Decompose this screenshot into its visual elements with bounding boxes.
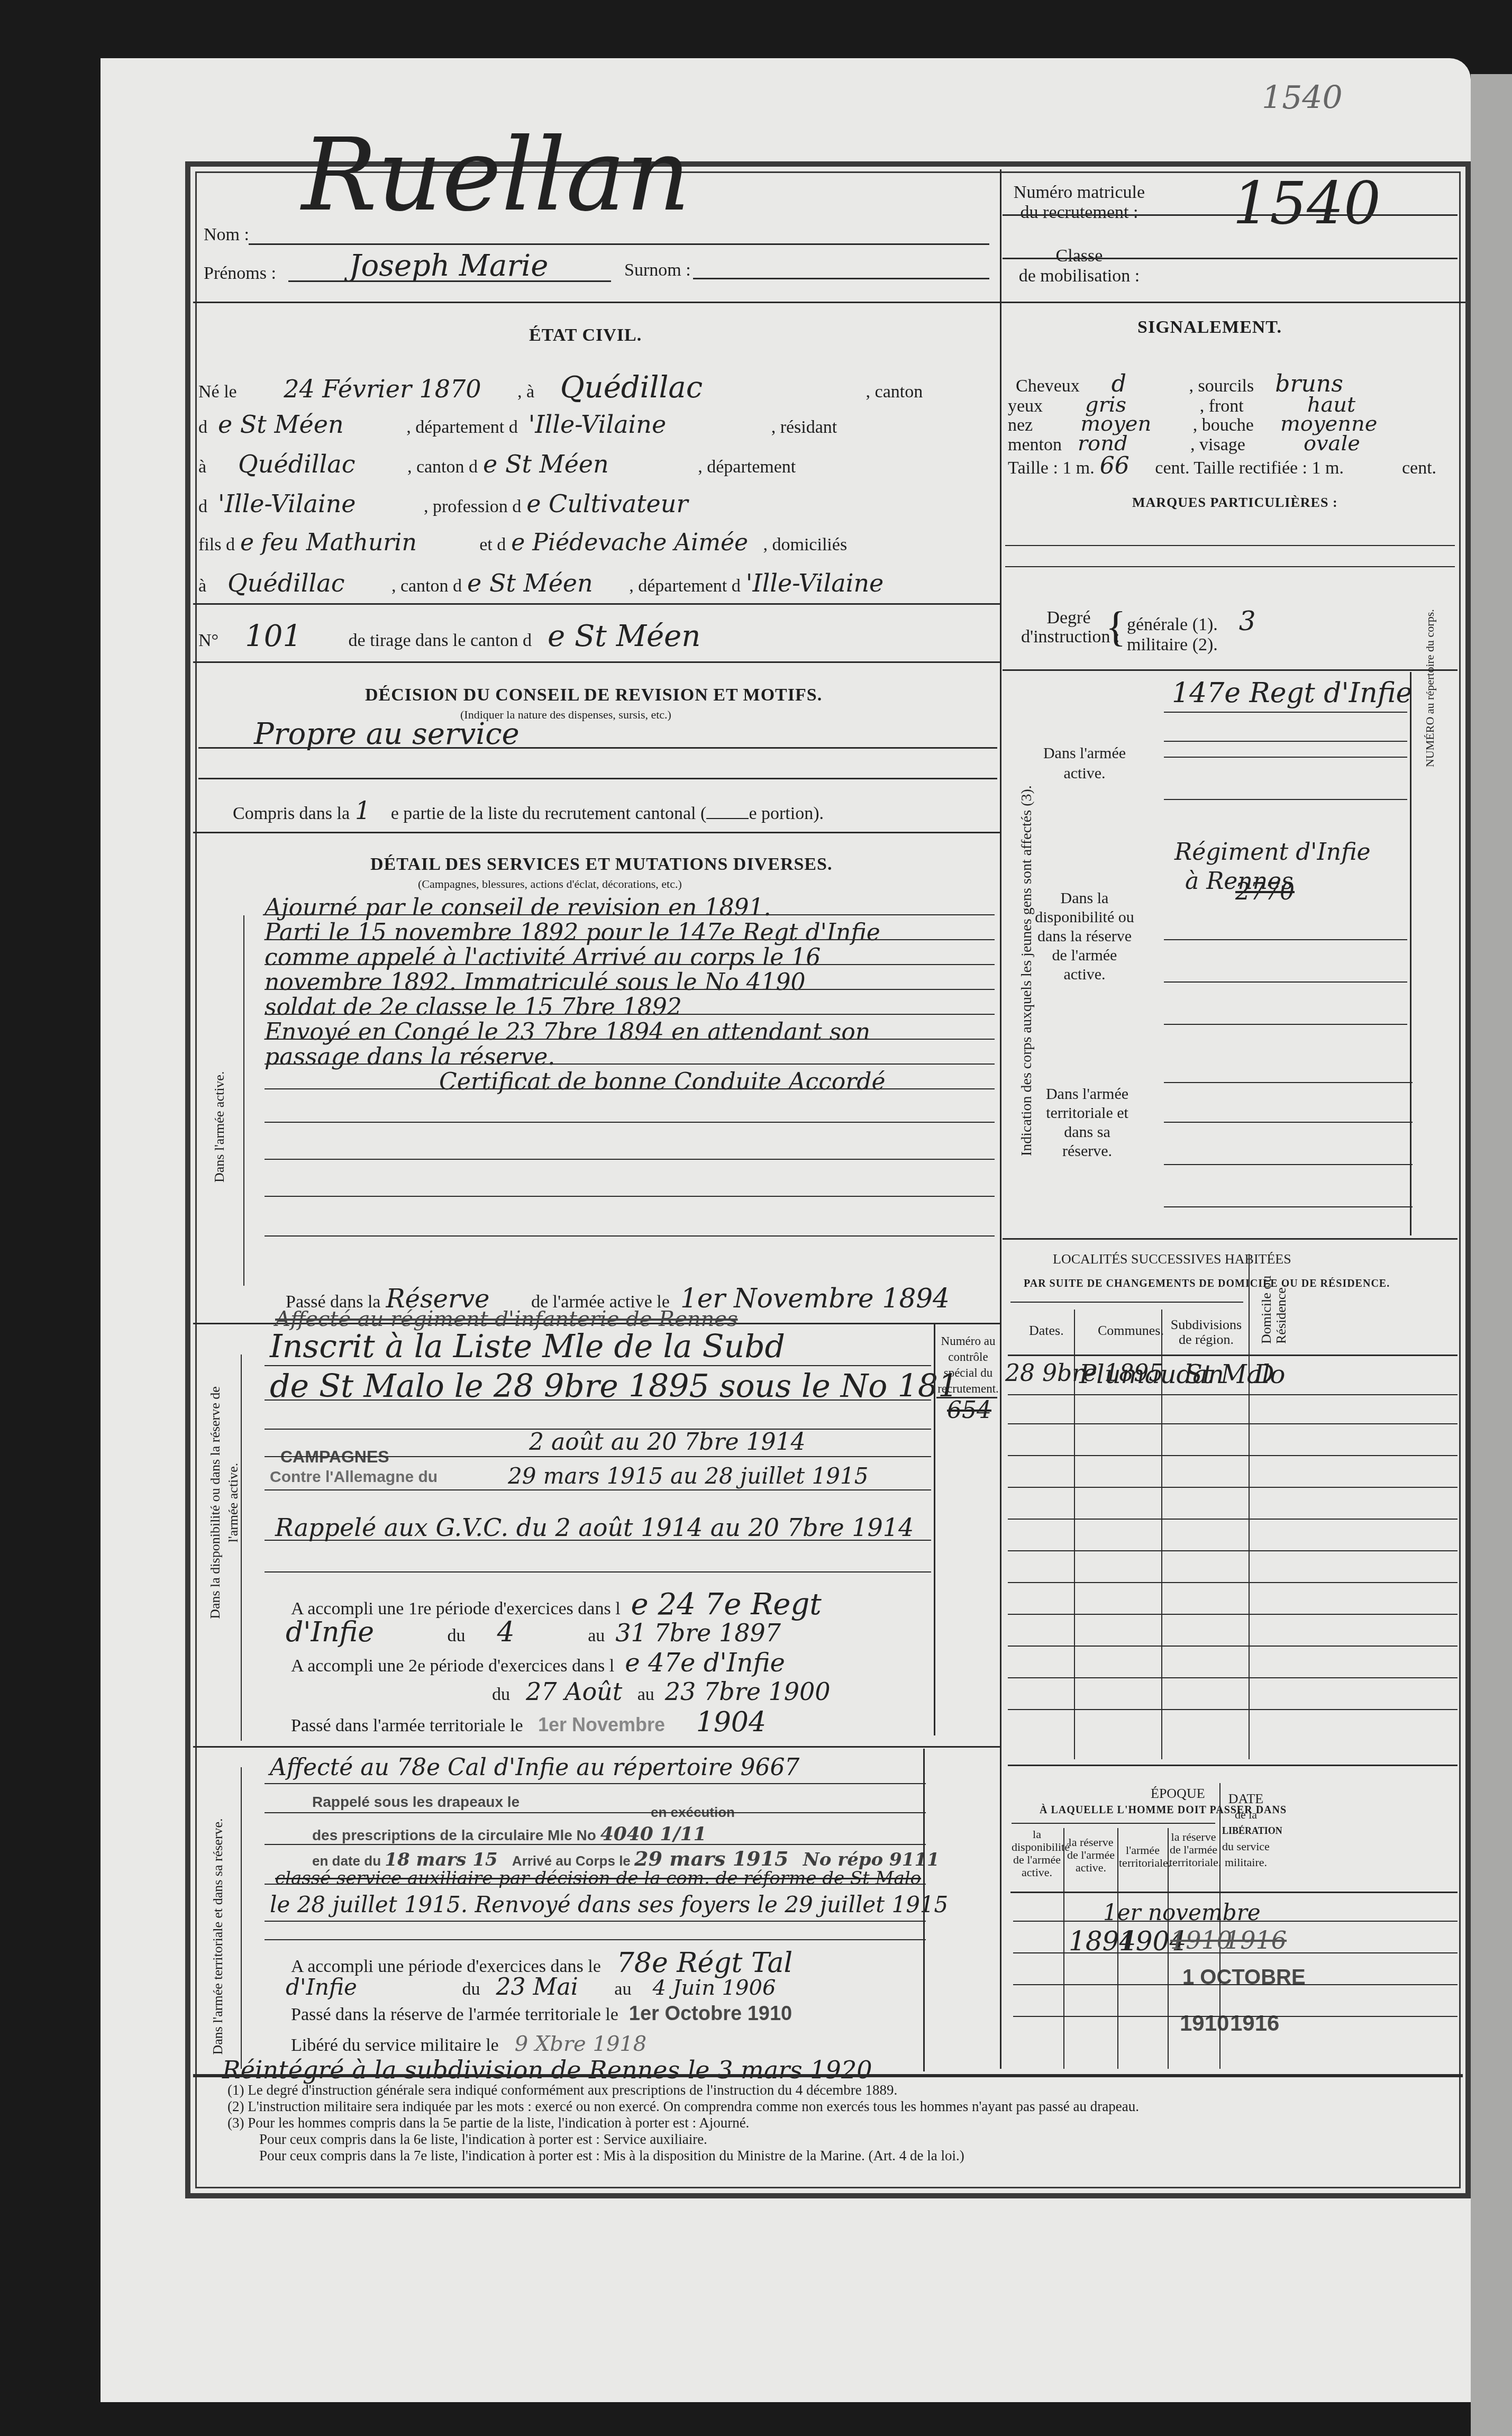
etat-civil-row-3: àQuédillac , canton de St Méen , départe… — [198, 450, 796, 478]
rule — [1012, 1823, 1215, 1824]
footnote-1: (1) Le degré d'instruction générale sera… — [227, 2082, 1139, 2098]
col-domicile: Domicile ou Résidence. — [1259, 1238, 1289, 1344]
divider — [1003, 258, 1458, 259]
corps-territoriale-label: Dans l'armée territoriale et dans sa rés… — [1040, 1085, 1135, 1161]
rule — [265, 1365, 931, 1366]
divider — [1003, 1238, 1458, 1240]
rule — [265, 1783, 926, 1784]
rule — [265, 1014, 995, 1015]
numero-repertoire-title: NUMÉRO au répertoire du corps. — [1423, 609, 1437, 767]
stamp-1916: 1916 — [1230, 2011, 1279, 2036]
etat-civil-row-2: de St Méen , département d'Ille-Vilaine … — [198, 410, 837, 439]
col-subdivisions: Subdivisions de région. — [1169, 1317, 1243, 1347]
rule — [1008, 1487, 1458, 1488]
footnote-3c: Pour ceux compris dans la 7e liste, l'in… — [227, 2148, 1139, 2164]
rule — [1010, 1302, 1243, 1303]
militaire-row: militaire (2). — [1127, 635, 1218, 655]
marques-title: MARQUES PARTICULIÈRES : — [1132, 495, 1338, 511]
divider — [193, 603, 1000, 605]
col-reserve-active: la réserve de l'armée active. — [1065, 1836, 1116, 1874]
services-subtitle: (Campagnes, blessures, actions d'éclat, … — [418, 877, 682, 891]
divider — [193, 661, 1000, 663]
rule — [1164, 1024, 1407, 1025]
corps-disponibilite-numero: 2770 — [1235, 878, 1295, 905]
rule — [265, 1122, 995, 1123]
rule — [265, 1884, 926, 1885]
corps-disponibilite-label: Dans la disponibilité ou dans la réserve… — [1034, 889, 1135, 984]
rule — [1013, 2016, 1458, 2017]
periode-territoriale-dates: d'Infie du23 Mai au4 Juin 1906 — [286, 1974, 776, 2001]
rule — [265, 1159, 995, 1160]
corner-note: 1540 — [1262, 79, 1343, 116]
rule — [1008, 1394, 1458, 1395]
rule — [265, 964, 995, 965]
reserve-side-label: Dans la disponibilité ou dans la réserve… — [206, 1370, 242, 1635]
marques-line — [1005, 566, 1455, 567]
corps-disponibilite-value-1: Régiment d'Infie — [1174, 839, 1371, 866]
rule — [1164, 939, 1407, 940]
rule — [265, 989, 995, 990]
rule — [1013, 1921, 1458, 1922]
localite-dr: D — [1254, 1360, 1274, 1389]
prenoms-label: Prénoms : — [204, 263, 276, 284]
etat-civil-title: ÉTAT CIVIL. — [529, 325, 642, 346]
rule — [1063, 1828, 1064, 2069]
rule — [265, 1844, 926, 1845]
prenoms-value: Joseph Marie — [349, 249, 548, 283]
surnom-label: Surnom : — [624, 260, 691, 280]
book-spine — [1471, 74, 1512, 2436]
affecte-78e: Affecté au 78e Cal d'Infie au répertoire… — [270, 1754, 799, 1781]
rule — [1164, 1122, 1413, 1123]
brace-line — [241, 1767, 242, 2069]
rule — [1008, 1423, 1458, 1424]
rule — [1164, 1082, 1413, 1083]
rule — [1164, 757, 1407, 758]
rappele-gvc: Rappelé aux G.V.C. du 2 août 1914 au 20 … — [275, 1513, 914, 1542]
decision-value: Propre au service — [254, 717, 520, 751]
col-liberation: DATE de la LIBÉRATION du service militai… — [1222, 1791, 1270, 1870]
rule — [1008, 1519, 1458, 1520]
rule — [1164, 799, 1407, 800]
etat-civil-row-5: fils de feu Mathurin et de Piédevache Ai… — [198, 529, 847, 556]
rule — [1164, 712, 1407, 713]
rule — [265, 914, 995, 915]
rule — [265, 1235, 995, 1237]
rule — [1008, 1677, 1458, 1678]
rule — [1164, 1164, 1413, 1165]
rule — [1008, 1455, 1458, 1456]
en-date-stamp: en date du 18 mars 15 Arrivé au Corps le… — [312, 1847, 940, 1870]
nom-underline — [249, 243, 989, 245]
localites-title: LOCALITÉS SUCCESSIVES HABITÉES — [1053, 1251, 1291, 1267]
classe-service-auxiliaire: classé service auxiliaire par décision d… — [275, 1868, 921, 1889]
nom-value: Ruellan — [302, 116, 690, 233]
rule — [265, 1196, 995, 1197]
degre-label: Degréd'instruction : — [1021, 608, 1116, 647]
periode2-dates: du27 Août au23 7bre 1900 — [492, 1677, 831, 1706]
marques-line — [1005, 545, 1455, 546]
rule — [1249, 1254, 1250, 1759]
decision-title: DÉCISION DU CONSEIL DE REVISION ET MOTIF… — [365, 685, 822, 705]
corps-vertical-title: Indication des corps auxquels les jeunes… — [1018, 785, 1035, 1156]
brace: { — [1106, 606, 1126, 648]
matricule-label: Numéro matriculedu recrutement : — [1008, 183, 1151, 223]
rule — [1010, 1892, 1458, 1893]
prescriptions-stamp: des prescriptions de la circulaire Mle N… — [312, 1823, 707, 1845]
divider — [193, 832, 1000, 833]
numero-divider — [1410, 672, 1411, 1235]
rule — [265, 1088, 995, 1089]
stamp-octobre: 1 OCTOBRE — [1182, 1966, 1306, 1989]
rule — [1164, 1206, 1413, 1207]
generale-row: générale (1).3 — [1127, 606, 1256, 637]
divider — [1003, 214, 1458, 216]
services-title: DÉTAIL DES SERVICES ET MUTATIONS DIVERSE… — [370, 855, 832, 875]
footnote-3: (3) Pour les hommes compris dans la 5e p… — [227, 2115, 1139, 2131]
controle-divider — [934, 1323, 935, 1735]
taille-row: Taille : 1 m.66 cent. Taille rectifiée :… — [1008, 452, 1436, 479]
nom-label: Nom : — [204, 225, 249, 245]
rule — [1008, 1709, 1458, 1710]
divider — [193, 2074, 1463, 2077]
footnotes: (1) Le degré d'instruction générale sera… — [227, 2082, 1139, 2164]
rule — [1008, 1646, 1458, 1647]
periode1-dates: d'Infie du4 au31 7bre 1897 — [286, 1616, 781, 1648]
localites-subtitle: PAR SUITE DE CHANGEMENTS DE DOMICILE OU … — [1024, 1278, 1390, 1290]
rule — [265, 939, 995, 940]
rule — [265, 1039, 995, 1040]
epoque-reserve-territoriale: 1910 — [1170, 1926, 1232, 1955]
divider — [198, 747, 997, 749]
rule — [1008, 1355, 1458, 1356]
rule — [265, 1064, 995, 1065]
passe-territoriale-row: Passé dans l'armée territoriale le 1er N… — [291, 1706, 766, 1738]
rule — [1008, 1582, 1458, 1583]
libere-row: Libéré du service militaire le9 Xbre 191… — [291, 2032, 646, 2056]
rule — [923, 1749, 925, 2071]
rule — [1164, 981, 1407, 983]
rule — [265, 1939, 926, 1940]
rule — [265, 1489, 931, 1490]
rule — [265, 1399, 931, 1401]
brace-line — [241, 1355, 242, 1741]
tirage-row: N°101 de tirage dans le canton de St Mée… — [198, 619, 700, 653]
compris-row: Compris dans la1 e partie de la liste du… — [233, 796, 824, 825]
rule — [1008, 1614, 1458, 1615]
surnom-underline — [693, 278, 989, 279]
divider — [198, 778, 997, 779]
rule — [1164, 741, 1407, 742]
rule — [1008, 1550, 1458, 1551]
col-dates: Dates. — [1029, 1323, 1064, 1339]
rappele-stamp: Rappelé sous les drapeaux le — [312, 1794, 520, 1811]
rule — [265, 1812, 926, 1813]
rule — [265, 1540, 931, 1541]
divider — [193, 1746, 1000, 1748]
campagne-1: 2 août au 20 7bre 1914 — [529, 1429, 805, 1456]
rule — [265, 1456, 931, 1457]
col-communes: Communes. — [1098, 1323, 1164, 1339]
etat-civil-row-6: àQuédillac , canton de St Méen , départe… — [198, 569, 883, 597]
brace-line — [243, 915, 244, 1286]
territoriale-side-label: Dans l'armée territoriale et dans sa rés… — [209, 1799, 227, 2074]
campagne-2: 29 mars 1915 au 28 juillet 1915 — [508, 1463, 868, 1489]
col-disponibilite: la disponibilité de l'armée active. — [1012, 1828, 1062, 1879]
col-territoriale: l'armée territoriale. — [1119, 1844, 1167, 1869]
corps-active-value: 147e Regt d'Infie — [1172, 677, 1412, 709]
periode2-row: A accompli une 2e période d'exercices da… — [291, 1648, 785, 1678]
reserve-territoriale-row: Passé dans la réserve de l'armée territo… — [291, 2003, 792, 2025]
divider — [1008, 1765, 1458, 1766]
rule — [265, 1571, 931, 1573]
signalement-title: SIGNALEMENT. — [1137, 317, 1282, 338]
reintegre-rennes: Réintégré à la subdivision de Rennes le … — [222, 2056, 872, 2084]
stamp-1910: 1910 — [1180, 2011, 1229, 2036]
etat-civil-row-4: d'Ille-Vilaine , profession de Cultivate… — [198, 489, 688, 518]
col-reserve-territoriale: la réserve de l'armée territoriale. — [1169, 1831, 1218, 1869]
corps-active-label: Dans l'armée active. — [1040, 743, 1130, 784]
footnote-3b: Pour ceux compris dans la 6e liste, l'in… — [227, 2131, 1139, 2148]
rule — [265, 1921, 926, 1922]
epoque-title: ÉPOQUE — [1151, 1786, 1205, 1802]
inscrit-line-1: Inscrit à la Liste Mle de la Subd — [270, 1328, 785, 1365]
numero-controle-label: Numéro au contrôle spécial du recrutemen… — [936, 1333, 1000, 1397]
etat-civil-row-1: Né le 24 Février 1870 , à Quédillac , ca… — [198, 370, 923, 405]
matricule-value: 1540 — [1233, 169, 1381, 237]
services-side-label: Dans l'armée active. — [212, 1071, 227, 1183]
rule — [1013, 1984, 1458, 1985]
classe-label: Classede mobilisation : — [1008, 246, 1151, 286]
divider — [193, 302, 1465, 303]
renvoye-foyers: le 28 juillet 1915. Renvoyé dans ses foy… — [270, 1892, 948, 1917]
rule — [1013, 1952, 1458, 1953]
divider — [1003, 669, 1458, 671]
numero-controle-value: 654 — [947, 1397, 991, 1424]
contre-stamp: Contre l'Allemagne du — [270, 1468, 438, 1486]
footnote-2: (2) L'instruction militaire sera indiqué… — [227, 2098, 1139, 2115]
epoque-liberation: 1916 — [1225, 1926, 1287, 1955]
prenoms-underline — [288, 280, 611, 282]
column-divider — [1000, 169, 1001, 2069]
